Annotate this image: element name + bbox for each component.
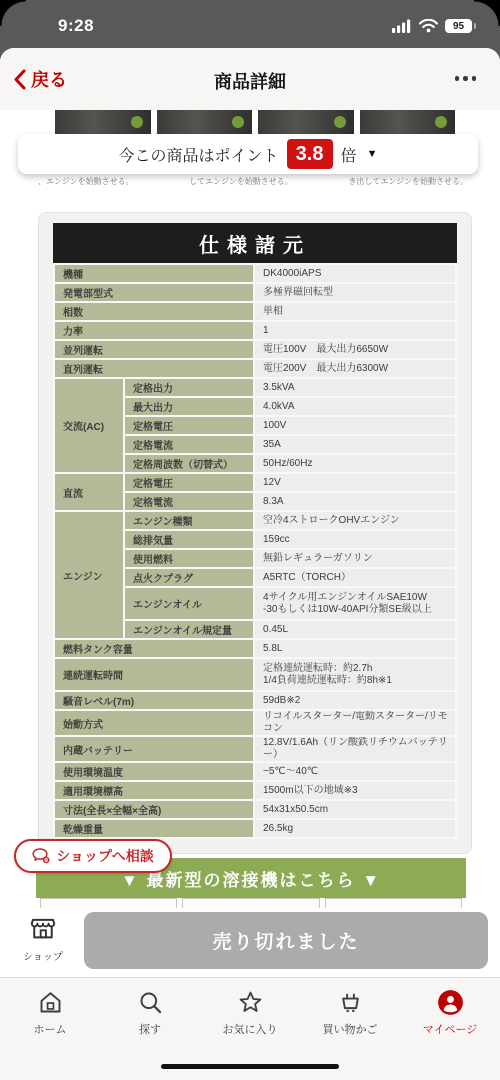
spec-label: 機種 xyxy=(54,264,254,283)
spec-row: 始動方式リコイルスターター/電動スターター/リモコン xyxy=(54,710,456,736)
spec-label: エンジンオイル xyxy=(124,587,254,620)
spec-value: 54x31x50.5cm xyxy=(254,800,456,819)
spec-label: 並列運転 xyxy=(54,340,254,359)
spec-group-label: 直流 xyxy=(54,473,124,511)
spec-label: 総排気量 xyxy=(124,530,254,549)
spec-value: 空冷4ストロークOHVエンジン xyxy=(254,511,456,530)
spec-value: 3.5kVA xyxy=(254,378,456,397)
spec-label: 最大出力 xyxy=(124,397,254,416)
spec-group-label: エンジン xyxy=(54,511,124,639)
spec-row: 相数単相 xyxy=(54,302,456,321)
spec-label: 点火クプラグ xyxy=(124,568,254,587)
nav-label: ホーム xyxy=(34,1021,67,1037)
nav-label: マイページ xyxy=(423,1021,478,1037)
spec-label: 相数 xyxy=(54,302,254,321)
spec-value: 1500m以下の地域※3 xyxy=(254,781,456,800)
spec-row: 燃料タンク容量5.8L xyxy=(54,639,456,658)
battery-percent: 95 xyxy=(453,21,464,32)
spec-value: 159cc xyxy=(254,530,456,549)
home-indicator[interactable] xyxy=(161,1064,339,1069)
spec-label: 始動方式 xyxy=(54,710,254,736)
spec-value: 電圧200V 最大出力6300W xyxy=(254,359,456,378)
star-icon xyxy=(237,989,264,1016)
spec-value: 4サイクル用エンジンオイルSAE10W -30もしくは10W-40API分類SE… xyxy=(254,587,456,620)
points-suffix: 倍 xyxy=(341,143,357,166)
nav-header: 戻る 商品詳細 xyxy=(0,48,500,110)
spec-value: 26.5kg xyxy=(254,819,456,838)
image-caption: き出してエンジンを始動させる。 xyxy=(348,176,468,187)
spec-row: 発電部型式多極界磁回転型 xyxy=(54,283,456,302)
person-circle-icon xyxy=(437,989,464,1016)
spec-label: 燃料タンク容量 xyxy=(54,639,254,658)
spec-row: 乾燥重量26.5kg xyxy=(54,819,456,838)
nav-item-home[interactable]: ホーム xyxy=(0,978,100,1080)
image-caption: してエンジンを始動させる。 xyxy=(189,176,293,187)
spec-value: 4.0kVA xyxy=(254,397,456,416)
nav-item-mypage[interactable]: マイページ xyxy=(400,978,500,1080)
nav-label: お気に入り xyxy=(223,1021,278,1037)
spec-label: 直列運転 xyxy=(54,359,254,378)
nav-label: 探す xyxy=(139,1021,161,1037)
spec-label: 定格周波数（切替式） xyxy=(124,454,254,473)
search-icon xyxy=(137,989,164,1016)
spec-value: A5RTC（TORCH） xyxy=(254,568,456,587)
storefront-icon xyxy=(29,914,57,942)
status-bar: 9:28 95 xyxy=(0,0,500,48)
spec-value: 定格連続運転時：約2.7h 1/4負荷連続運転時：約8h※1 xyxy=(254,658,456,691)
spec-label: 定格出力 xyxy=(124,378,254,397)
spec-row: 内蔵バッテリー12.8V/1.6Ah（リン酸鉄リチウムバッテリー） xyxy=(54,736,456,762)
spec-row: 交流(AC)定格出力3.5kVA xyxy=(54,378,456,397)
spec-value: 電圧100V 最大出力6650W xyxy=(254,340,456,359)
chat-bubbles-icon xyxy=(32,848,50,864)
image-caption: 、エンジンを始動させる。 xyxy=(38,176,134,187)
device-corner xyxy=(0,0,26,26)
spec-label: エンジンオイル規定量 xyxy=(124,620,254,639)
cellular-signal-icon xyxy=(392,19,412,33)
spec-value: 1 xyxy=(254,321,456,340)
spec-table-title: 仕様諸元 xyxy=(53,223,457,263)
device-corner xyxy=(474,0,500,26)
spec-row: 機種DK4000iAPS xyxy=(54,264,456,283)
points-banner[interactable]: 今この商品はポイント 3.8 倍 ▼ xyxy=(18,134,478,174)
points-value-badge: 3.8 xyxy=(287,139,333,169)
spec-panel: 仕様諸元 機種DK4000iAPS発電部型式多極界磁回転型相数単相力率1並列運転… xyxy=(38,212,472,854)
spec-label: 内蔵バッテリー xyxy=(54,736,254,762)
shopping-basket-icon xyxy=(337,989,364,1016)
product-image-thumb xyxy=(55,110,151,136)
spec-label: 力率 xyxy=(54,321,254,340)
product-detail-sheet: 戻る 商品詳細 今この商品はポイント 3.8 倍 ▼ 、エンジンを始動させる。 … xyxy=(0,48,500,1080)
home-icon xyxy=(37,989,64,1016)
spec-label: 騒音レベル(7m) xyxy=(54,691,254,710)
product-image-thumb xyxy=(360,110,456,136)
spec-row: 使用環境温度−5℃〜40℃ xyxy=(54,762,456,781)
nav-label: 買い物かご xyxy=(323,1021,378,1037)
spec-label: 定格電流 xyxy=(124,435,254,454)
battery-icon: 95 xyxy=(445,19,472,33)
spec-label: 連続運転時間 xyxy=(54,658,254,691)
spec-row: 連続運転時間定格連続運転時：約2.7h 1/4負荷連続運転時：約8h※1 xyxy=(54,658,456,691)
spec-value: −5℃〜40℃ xyxy=(254,762,456,781)
product-image-thumb xyxy=(157,110,253,136)
product-image-strip[interactable] xyxy=(55,110,455,136)
spec-label: 定格電圧 xyxy=(124,416,254,435)
spec-row: 直流定格電圧12V xyxy=(54,473,456,492)
spec-value: 35A xyxy=(254,435,456,454)
spec-row: エンジンエンジン種類空冷4ストロークOHVエンジン xyxy=(54,511,456,530)
spec-row: 並列運転電圧100V 最大出力6650W xyxy=(54,340,456,359)
spec-label: 定格電圧 xyxy=(124,473,254,492)
spec-label: エンジン種類 xyxy=(124,511,254,530)
sold-out-label: 売り切れました xyxy=(212,927,359,954)
spec-row: 寸法(全長×全幅×全高)54x31x50.5cm xyxy=(54,800,456,819)
spec-value: 多極界磁回転型 xyxy=(254,283,456,302)
sold-out-button[interactable]: 売り切れました xyxy=(84,912,488,969)
consult-shop-button[interactable]: ショップへ相談 xyxy=(14,839,172,873)
spec-label: 使用環境温度 xyxy=(54,762,254,781)
spec-label: 使用燃料 xyxy=(124,549,254,568)
spec-label: 発電部型式 xyxy=(54,283,254,302)
status-time: 9:28 xyxy=(58,16,94,36)
phone-screen: 9:28 95 xyxy=(0,0,500,1080)
shop-button-label: ショップ xyxy=(20,948,66,963)
spec-value: 0.45L xyxy=(254,620,456,639)
spec-label: 寸法(全長×全幅×全高) xyxy=(54,800,254,819)
consult-shop-label: ショップへ相談 xyxy=(56,846,153,866)
product-image-thumb xyxy=(258,110,354,136)
spec-value: 8.3A xyxy=(254,492,456,511)
spec-table: 機種DK4000iAPS発電部型式多極界磁回転型相数単相力率1並列運転電圧100… xyxy=(53,263,457,839)
spec-row: 力率1 xyxy=(54,321,456,340)
spec-row: 騒音レベル(7m)59dB※2 xyxy=(54,691,456,710)
spec-value: 無鉛レギュラーガソリン xyxy=(254,549,456,568)
spec-value: 12V xyxy=(254,473,456,492)
spec-group-label: 交流(AC) xyxy=(54,378,124,473)
spec-value: リコイルスターター/電動スターター/リモコン xyxy=(254,710,456,736)
action-bar: ショップ 売り切れました xyxy=(0,908,500,977)
spec-value: 50Hz/60Hz xyxy=(254,454,456,473)
spec-value: 59dB※2 xyxy=(254,691,456,710)
page-title: 商品詳細 xyxy=(0,68,500,94)
spec-row: 適用環境標高1500m以下の地域※3 xyxy=(54,781,456,800)
spec-row: 直列運転電圧200V 最大出力6300W xyxy=(54,359,456,378)
wifi-icon xyxy=(419,19,438,33)
spec-label: 定格電流 xyxy=(124,492,254,511)
points-prefix: 今この商品はポイント xyxy=(119,143,279,166)
spec-label: 乾燥重量 xyxy=(54,819,254,838)
more-menu-button[interactable] xyxy=(455,76,477,81)
image-captions: 、エンジンを始動させる。 してエンジンを始動させる。 き出してエンジンを始動させ… xyxy=(38,176,468,187)
spec-value: 単相 xyxy=(254,302,456,321)
spec-value: 100V xyxy=(254,416,456,435)
chevron-down-icon: ▼ xyxy=(367,148,378,160)
spec-value: DK4000iAPS xyxy=(254,264,456,283)
spec-value: 12.8V/1.6Ah（リン酸鉄リチウムバッテリー） xyxy=(254,736,456,762)
shop-button[interactable]: ショップ xyxy=(20,914,66,963)
spec-label: 適用環境標高 xyxy=(54,781,254,800)
spec-value: 5.8L xyxy=(254,639,456,658)
